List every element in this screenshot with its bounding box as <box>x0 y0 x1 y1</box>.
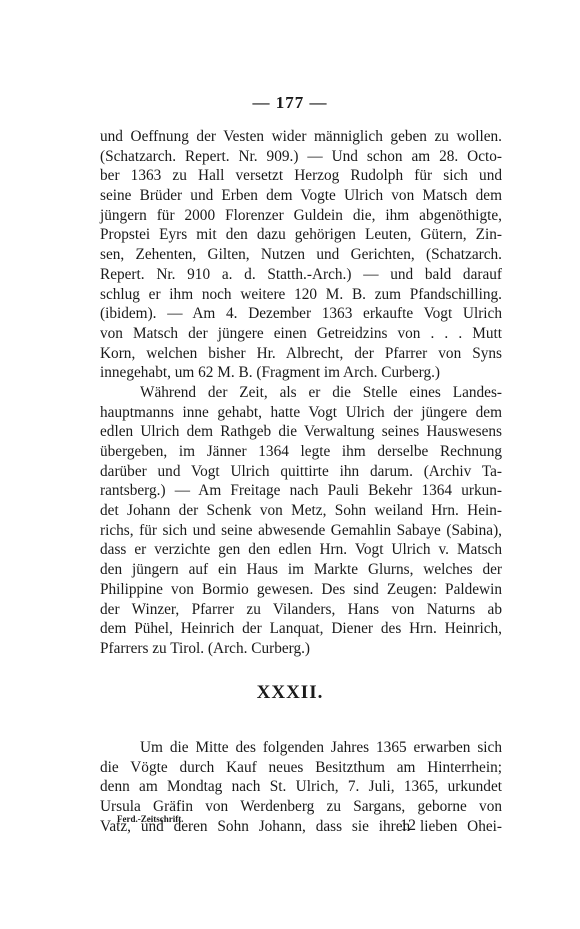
text-line: und Oeffnung der Vesten wider männiglich… <box>100 127 502 147</box>
text-line: Philippine von Bormio gewesen. Des sind … <box>100 580 502 600</box>
text-line: die Vögte durch Kauf neues Besitzthum am… <box>100 758 502 778</box>
text-line: jüngern für 2000 Florenzer Guldein die, … <box>100 206 502 226</box>
text-line: Pfarrers zu Tirol. (Arch. Curberg.) <box>100 639 502 659</box>
body-text-top: und Oeffnung der Vesten wider männiglich… <box>100 127 502 659</box>
text-line: dem Pühel, Heinrich der Lanquat, Diener … <box>100 619 502 639</box>
footer-sheet-number: 12 <box>400 817 416 835</box>
text-line: übergeben, im Jänner 1364 legte ihm ders… <box>100 442 502 462</box>
text-line: edlen Ulrich dem Rathgeb die Verwaltung … <box>100 422 502 442</box>
text-line: Um die Mitte des folgenden Jahres 1365 e… <box>100 738 502 758</box>
text-line: (Schatzarch. Repert. Nr. 909.) — Und sch… <box>100 147 502 167</box>
text-line: ber 1363 zu Hall versetzt Herzog Rudolph… <box>100 166 502 186</box>
text-line: Korn, welchen bisher Hr. Albrecht, der P… <box>100 344 502 364</box>
text-line: von Matsch der jüngere einen Getreidzins… <box>100 324 502 344</box>
text-line: Propstei Eyrs mit den dazu gehörigen Leu… <box>100 225 502 245</box>
text-line: sen, Zehenten, Gilten, Nutzen und Gerich… <box>100 245 502 265</box>
text-line: det Johann der Schenk von Metz, Sohn wei… <box>100 501 502 521</box>
text-line: Während der Zeit, als er die Stelle eine… <box>100 383 502 403</box>
text-line: rantsberg.) — Am Freitage nach Pauli Bek… <box>100 481 502 501</box>
text-line: den jüngern auf ein Haus im Markte Glurn… <box>100 560 502 580</box>
text-line: (ibidem). — Am 4. Dezember 1363 erkaufte… <box>100 304 502 324</box>
text-line: seine Brüder und Erben dem Vogte Ulrich … <box>100 186 502 206</box>
text-line: dass er verzichte gen den edlen Hrn. Vog… <box>100 540 502 560</box>
text-line: hauptmanns inne gehabt, hatte Vogt Ulric… <box>100 403 502 423</box>
text-line: der Winzer, Pfarrer zu Vilanders, Hans v… <box>100 600 502 620</box>
text-line: Repert. Nr. 910 a. d. Statth.-Arch.) — u… <box>100 265 502 285</box>
text-line: denn am Mondtag nach St. Ulrich, 7. Juli… <box>100 777 502 797</box>
text-line: richs, für sich und seine abwesende Gema… <box>100 521 502 541</box>
text-line: innegehabt, um 62 M. B. (Fragment im Arc… <box>100 363 502 383</box>
text-line: schlug er ihm noch weitere 120 M. B. zum… <box>100 285 502 305</box>
text-line: darüber und Vogt Ulrich quittirte ihn da… <box>100 462 502 482</box>
section-heading: XXXII. <box>0 682 580 704</box>
page-number: — 177 — <box>0 93 580 113</box>
footer-signature: Ferd.-Zeitschrift. <box>117 814 183 824</box>
